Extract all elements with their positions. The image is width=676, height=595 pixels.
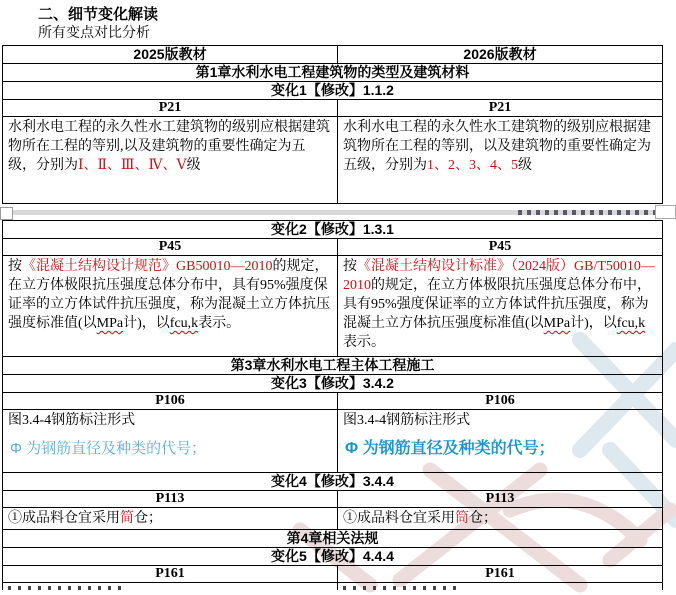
change3-body-right: 图3.4-4钢筋标注形式 Φ 为钢筋直径及种类的代号；: [338, 410, 663, 473]
changed-text: Ⅰ、Ⅱ、Ⅲ、Ⅳ、Ⅴ: [78, 158, 187, 173]
change5-label: 变化5【修改】4.4.4: [3, 548, 663, 566]
change4-row: 变化4【修改】3.4.4: [3, 473, 663, 491]
page45-row: P45 P45: [3, 239, 663, 256]
changed-text: 简: [120, 511, 134, 526]
page-subtitle: 所有变点对比分析: [38, 25, 676, 42]
page113-right: P113: [338, 491, 663, 508]
spellcheck-word: fcu,k: [617, 316, 645, 331]
change5-row: 变化5【修改】4.4.4: [3, 548, 663, 566]
rebar-symbol-icon: Φ: [10, 440, 22, 457]
chapter4-row: 第4章相关法规: [3, 530, 663, 548]
chapter3-title: 第3章水利水电工程主体工程施工: [3, 357, 663, 375]
rebar-note-image: Φ 为钢筋直径及种类的代号；: [10, 439, 332, 458]
spellcheck-word: MPa: [544, 316, 570, 331]
page-title: 二、细节变化解读: [38, 6, 676, 24]
cutoff-cell-left: [3, 583, 338, 591]
change1-body-left: 水利水电工程的永久性水工建筑物的级别应根据建筑物所在工程的等别,以及建筑物的重要…: [3, 117, 338, 204]
change4-label: 变化4【修改】3.4.4: [3, 473, 663, 491]
chapter4-title: 第4章相关法规: [3, 530, 663, 548]
text-segment: 表示。: [343, 335, 385, 350]
change4-body-right: ①成品料仓宜采用筒仓；: [338, 508, 663, 530]
text-segment: 级: [187, 158, 201, 173]
header-cell-2026: 2026版教材: [338, 46, 663, 64]
edition-header-row: 2025版教材 2026版教材: [3, 46, 663, 64]
change4-body-left: ①成品料仓宜采用简仓；: [3, 508, 338, 530]
page161-left: P161: [3, 566, 338, 583]
change3-row: 变化3【修改】3.4.2: [3, 375, 663, 393]
text-segment: 按: [8, 259, 22, 274]
text-segment: 按: [343, 259, 357, 274]
comparison-table-2: 变化2【修改】1.3.1 P45 P45 按《混凝土结构设计规范》GB50010…: [2, 220, 663, 590]
page21-row: P21 P21: [3, 100, 663, 117]
page113-left: P113: [3, 491, 338, 508]
text-segment: 计)，以: [123, 316, 170, 331]
changed-text: 1、2、3、4、5: [427, 158, 518, 173]
cutoff-row: [3, 583, 663, 591]
figure-caption: 图3.4-4钢筋标注形式: [8, 411, 332, 430]
page161-row: P161 P161: [3, 566, 663, 583]
change3-body-row: 图3.4-4钢筋标注形式 Φ 为钢筋直径及种类的代号； 图3.4-4钢筋标注形式…: [3, 410, 663, 473]
spellcheck-word: fcu,k: [170, 316, 198, 331]
change1-label: 变化1【修改】1.1.2: [3, 82, 663, 100]
page21-right: P21: [338, 100, 663, 117]
changed-text: 筒: [455, 511, 469, 526]
change2-body-left: 按《混凝土结构设计规范》GB50010—2010的规定，在立方体极限抗压强度总体…: [3, 256, 338, 357]
text-segment: 级: [518, 158, 532, 173]
text-segment: 计)，以: [570, 316, 617, 331]
chapter1-row: 第1章水利水电工程建筑物的类型及建筑材料: [3, 64, 663, 82]
page45-right: P45: [338, 239, 663, 256]
spellcheck-word: MPa: [97, 316, 123, 331]
cutoff-cell-right: [338, 583, 663, 591]
chapter3-row: 第3章水利水电工程主体工程施工: [3, 357, 663, 375]
figure-caption: 图3.4-4钢筋标注形式: [343, 411, 657, 430]
change2-body-row: 按《混凝土结构设计规范》GB50010—2010的规定，在立方体极限抗压强度总体…: [3, 256, 663, 357]
change4-body-row: ①成品料仓宜采用简仓； ①成品料仓宜采用筒仓；: [3, 508, 663, 530]
rebar-symbol-icon: Φ: [345, 440, 358, 457]
change1-body-right: 水利水电工程的永久性水工建筑物的级别应根据建筑物所在工程的等别，以及建筑物的重要…: [338, 117, 663, 204]
changed-text: 《混凝土结构设计规范》GB50010—2010: [22, 259, 272, 274]
page21-left: P21: [3, 100, 338, 117]
change2-body-right: 按《混凝土结构设计标准》（2024版）GB/T50010—2010的规定，在立方…: [338, 256, 663, 357]
table-handle-icon[interactable]: [0, 207, 13, 220]
text-segment: 表示。: [198, 316, 240, 331]
text-segment: ①成品料仓宜采用: [343, 511, 455, 526]
document-page: { "page": { "title": "二、细节变化解读", "subtit…: [0, 0, 676, 595]
change3-body-left: 图3.4-4钢筋标注形式 Φ 为钢筋直径及种类的代号；: [3, 410, 338, 473]
chapter1-title: 第1章水利水电工程建筑物的类型及建筑材料: [3, 64, 663, 82]
comparison-table-1: 2025版教材 2026版教材 第1章水利水电工程建筑物的类型及建筑材料 变化1…: [2, 45, 663, 204]
page113-row: P113 P113: [3, 491, 663, 508]
rebar-note-image: Φ 为钢筋直径及种类的代号；: [345, 439, 657, 458]
header-cell-2025: 2025版教材: [3, 46, 338, 64]
page106-row: P106 P106: [3, 393, 663, 410]
text-segment: 仓；: [134, 511, 162, 526]
change2-label: 变化2【修改】1.3.1: [3, 221, 663, 239]
change1-body-row: 水利水电工程的永久性水工建筑物的级别应根据建筑物所在工程的等别,以及建筑物的重要…: [3, 117, 663, 204]
clipped-text-artifact: [343, 586, 463, 590]
page-margin-box: [655, 205, 676, 219]
clipped-text-artifact: [8, 586, 128, 590]
clipped-text-artifact: [518, 210, 656, 215]
page106-left: P106: [3, 393, 338, 410]
text-segment: 仓；: [469, 511, 497, 526]
change2-row: 变化2【修改】1.3.1: [3, 221, 663, 239]
rebar-note-text: 为钢筋直径及种类的代号；: [363, 440, 555, 457]
text-segment: ①成品料仓宜采用: [8, 511, 120, 526]
change3-label: 变化3【修改】3.4.2: [3, 375, 663, 393]
page161-right: P161: [338, 566, 663, 583]
page45-left: P45: [3, 239, 338, 256]
page106-right: P106: [338, 393, 663, 410]
rebar-note-text: 为钢筋直径及种类的代号；: [26, 440, 206, 457]
change1-row: 变化1【修改】1.1.2: [3, 82, 663, 100]
page-break-gap: [0, 204, 676, 220]
